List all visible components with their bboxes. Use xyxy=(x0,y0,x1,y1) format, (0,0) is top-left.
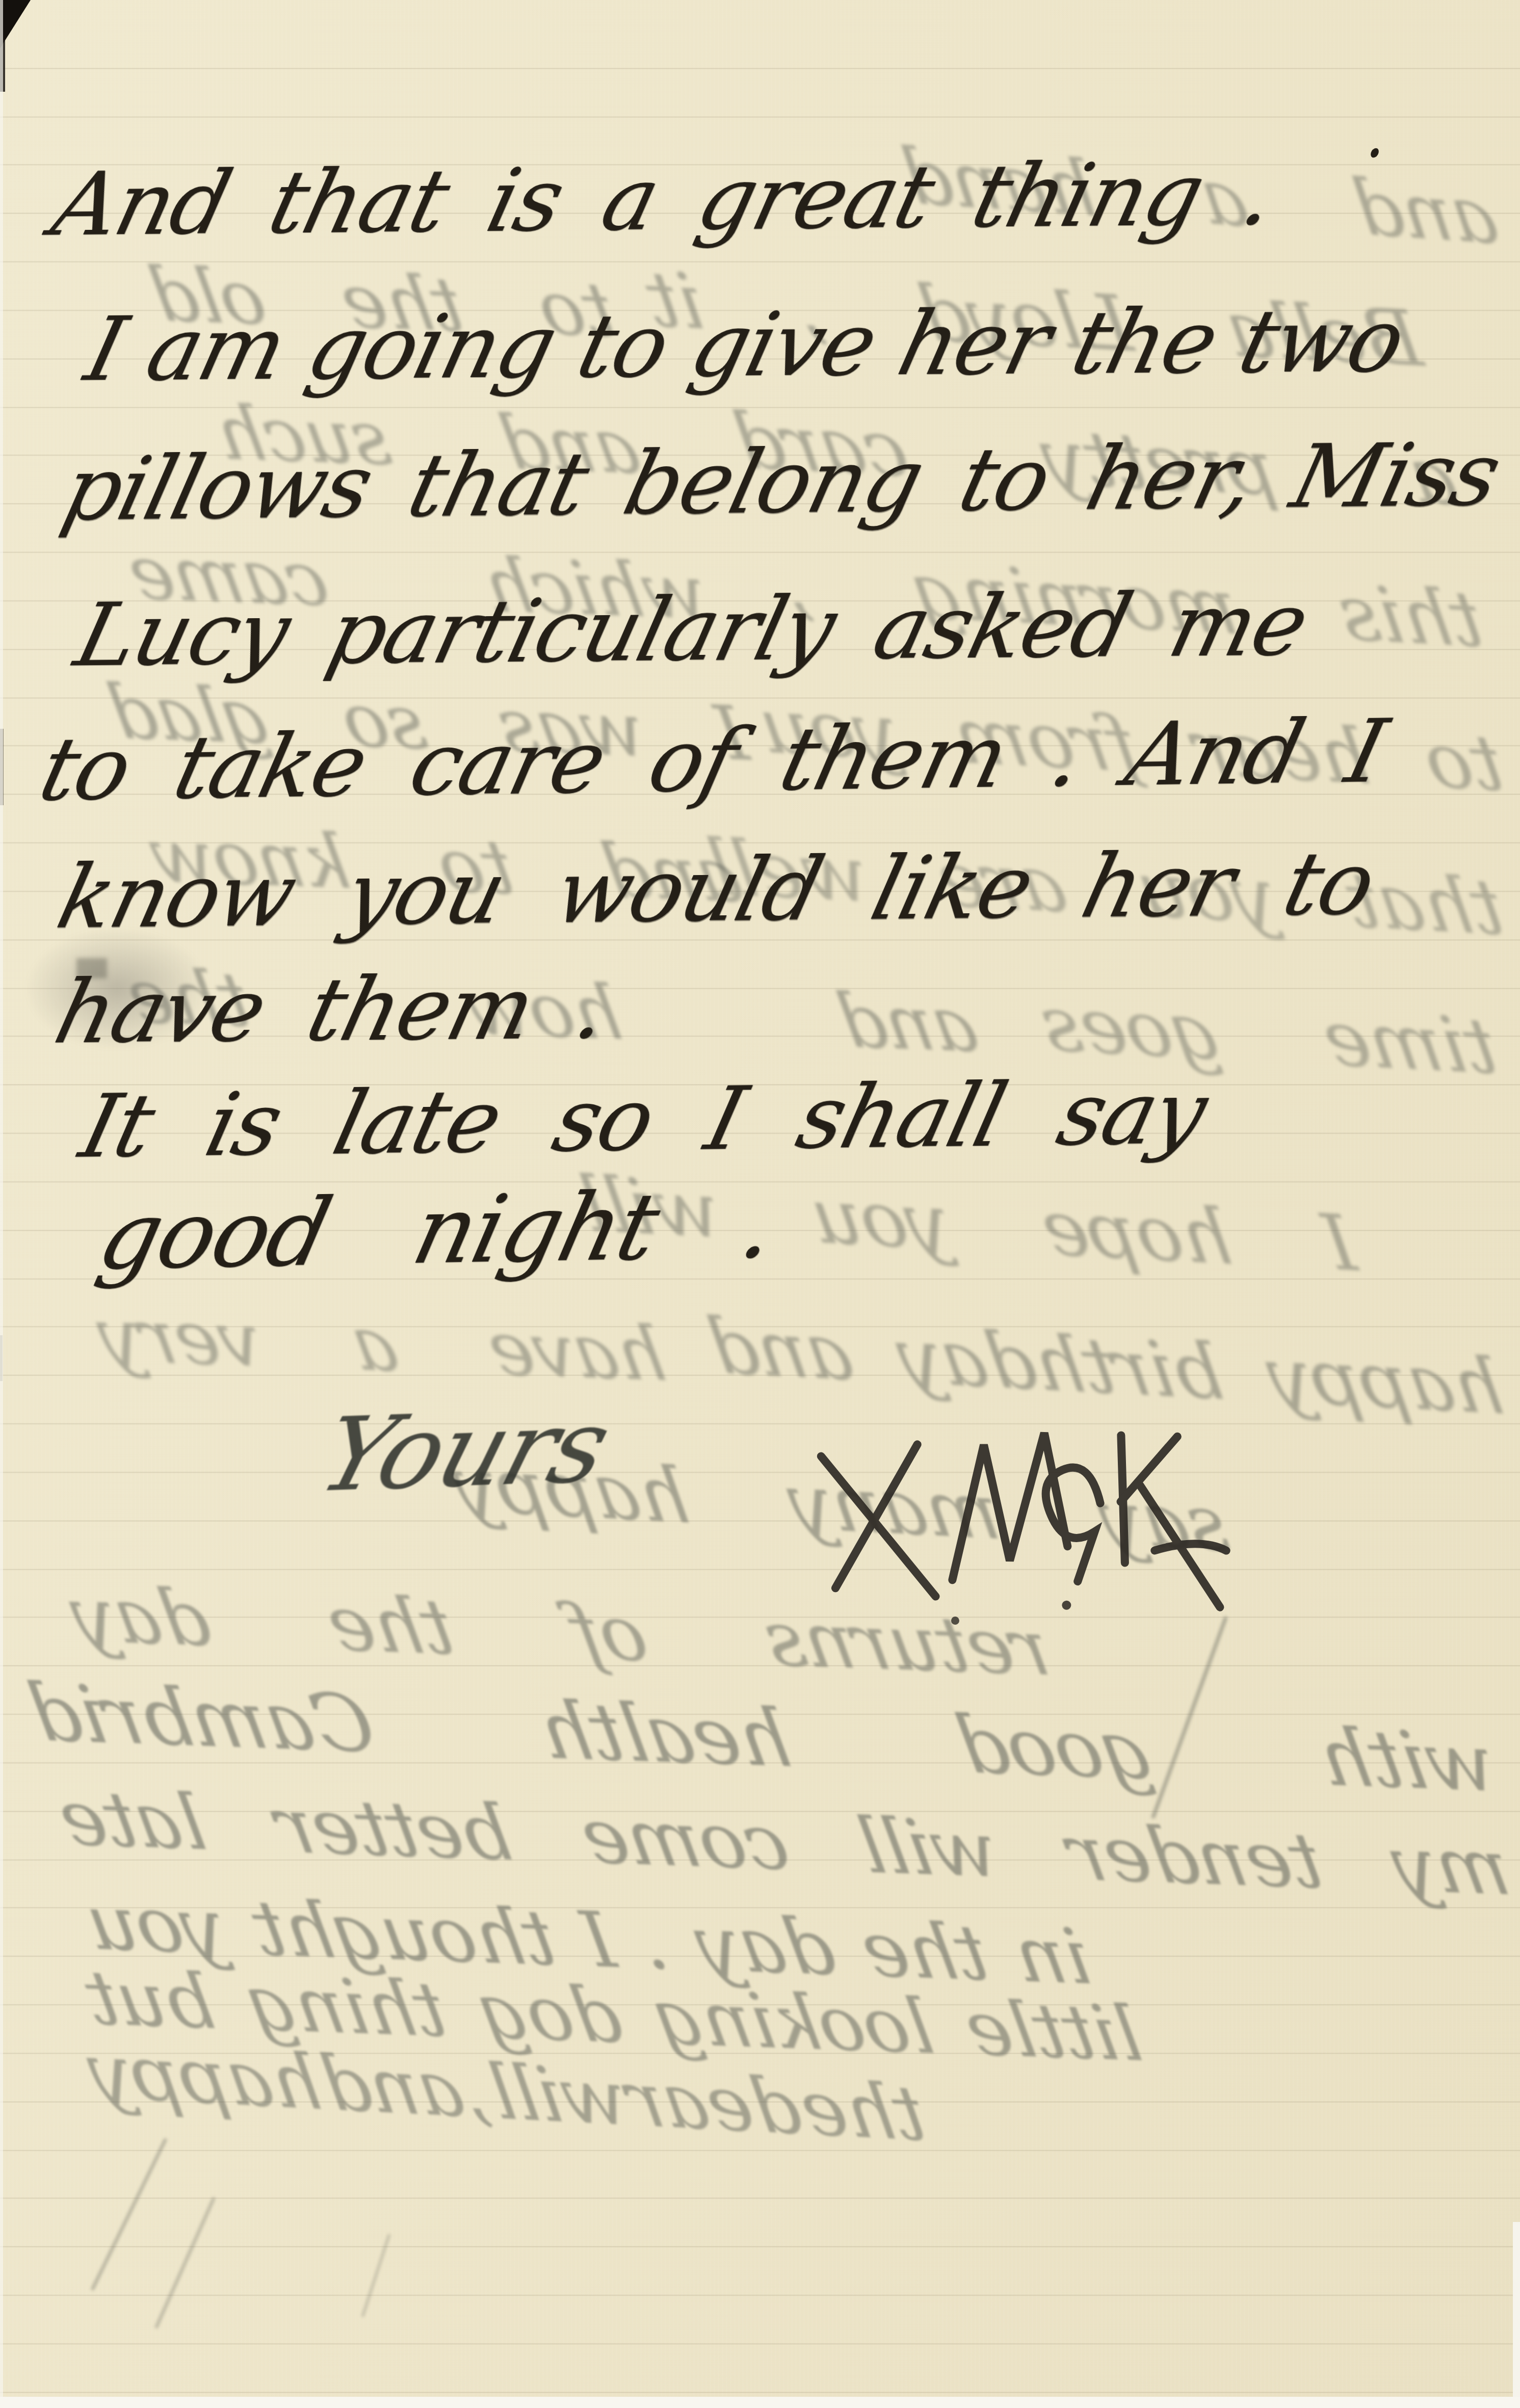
letter-line: ItislatesoIshallsay xyxy=(71,1062,1215,1178)
word: have xyxy=(46,959,275,1063)
word: late xyxy=(54,1774,212,1868)
word: to xyxy=(568,294,678,397)
word: the xyxy=(1063,290,1227,394)
word: a xyxy=(592,148,668,251)
letter-line: totakecareofthem.AndI xyxy=(31,700,1395,821)
word: looking xyxy=(648,1974,940,2071)
signature-monogram xyxy=(788,1391,1261,1642)
word: going xyxy=(298,295,565,399)
word: I xyxy=(1318,1198,1362,1288)
scanned-letter-page: Yours Andthatisagreatthing.Iamgoingtogiv… xyxy=(0,0,1520,2408)
word: thing xyxy=(963,143,1213,247)
closing-word: Yours xyxy=(307,1387,621,1515)
word: night xyxy=(404,1173,668,1285)
word: good xyxy=(950,1699,1160,1797)
word: great xyxy=(688,145,943,250)
word: dear xyxy=(621,2055,807,2151)
letter-line: knowyouwouldlikeherto xyxy=(48,832,1384,948)
letter-line: Andthatisagreatthing. xyxy=(43,142,1283,255)
word: pillows xyxy=(54,435,381,541)
word: shall xyxy=(788,1064,1014,1169)
word: you xyxy=(805,1172,956,1267)
word: dog xyxy=(473,1968,628,2060)
scan-corner-artifact xyxy=(0,0,31,48)
word: health xyxy=(533,1684,798,1785)
scan-edge-white xyxy=(1513,2222,1520,2408)
word: and xyxy=(316,2039,470,2134)
word: care xyxy=(401,711,614,816)
word: and xyxy=(832,978,984,1069)
word: happy xyxy=(1262,1331,1509,1432)
word: tender xyxy=(1062,1809,1329,1906)
word: them xyxy=(771,705,1016,811)
word: hope xyxy=(1037,1184,1238,1282)
word: two xyxy=(1230,289,1413,392)
word: It xyxy=(71,1074,163,1178)
word: me xyxy=(1160,573,1317,676)
word: happy xyxy=(83,2027,327,2127)
word: is xyxy=(478,148,572,251)
word: time xyxy=(1318,994,1503,1092)
word: I xyxy=(697,1067,754,1170)
letter-line: Lucyparticularlyaskedme xyxy=(66,573,1317,686)
word: and xyxy=(703,1302,859,1398)
word: the xyxy=(795,2064,931,2158)
word: that xyxy=(399,433,597,537)
bleedthrough-line: haveavery xyxy=(92,1292,672,1398)
word: the xyxy=(322,1579,460,1672)
word: of xyxy=(639,709,746,812)
word: so xyxy=(544,1068,663,1172)
word: to xyxy=(31,718,140,821)
word: I xyxy=(76,298,135,401)
word: very xyxy=(92,1292,267,1384)
word: And xyxy=(1116,701,1313,806)
word: and xyxy=(1348,164,1503,262)
word: good xyxy=(89,1178,339,1290)
scan-edge-artifact xyxy=(0,36,5,92)
word: . xyxy=(1041,704,1091,807)
word: day xyxy=(65,1571,217,1664)
word: her xyxy=(889,292,1060,395)
word: them xyxy=(298,957,543,1061)
word: asked xyxy=(864,574,1140,679)
word: have xyxy=(483,1306,672,1398)
word: to xyxy=(1420,716,1509,808)
bleed-stroke xyxy=(154,2197,215,2328)
word: her xyxy=(1072,834,1243,938)
word: her, xyxy=(1077,426,1264,530)
word: belong xyxy=(615,430,932,535)
letter-line: goodnight. xyxy=(89,1171,785,1290)
letter-line: havethem. xyxy=(46,956,617,1063)
word: know xyxy=(48,843,305,948)
bleed-stroke xyxy=(361,2234,390,2317)
word: say xyxy=(1049,1062,1215,1166)
scan-edge-white xyxy=(0,2397,1520,2408)
word: give xyxy=(682,293,886,396)
word: take xyxy=(165,714,376,819)
scan-edge-artifact xyxy=(0,1335,3,1381)
word: like xyxy=(862,836,1042,940)
letter-line: pillowsthatbelongtoher,Miss xyxy=(54,424,1509,541)
scan-edge-artifact xyxy=(0,729,4,805)
word: Cambrid xyxy=(22,1666,381,1770)
word: will xyxy=(853,1802,1004,1895)
word: come xyxy=(575,1792,795,1888)
word: my xyxy=(1386,1820,1516,1913)
word: late xyxy=(324,1070,510,1175)
word: to xyxy=(950,428,1059,532)
word: that xyxy=(259,149,458,253)
word: Miss xyxy=(1282,424,1509,528)
word: this xyxy=(1333,569,1488,665)
word: with xyxy=(1313,1711,1502,1810)
word: particularly xyxy=(318,577,845,684)
word: would xyxy=(545,838,831,943)
word: am xyxy=(138,297,295,400)
scan-edge-white xyxy=(0,0,3,2408)
word: a xyxy=(346,1301,404,1389)
bleed-stroke xyxy=(91,2138,167,2290)
letter-line: Iamgoingtogiveherthetwo xyxy=(76,289,1413,401)
word: Lucy xyxy=(66,581,299,686)
word: you xyxy=(335,841,514,945)
word: better xyxy=(270,1782,518,1878)
word: And xyxy=(43,151,240,255)
word: of xyxy=(565,1588,654,1679)
word: will xyxy=(484,2048,633,2142)
word: little xyxy=(960,1984,1148,2078)
ink-dot xyxy=(1369,147,1380,159)
word: is xyxy=(196,1073,291,1176)
